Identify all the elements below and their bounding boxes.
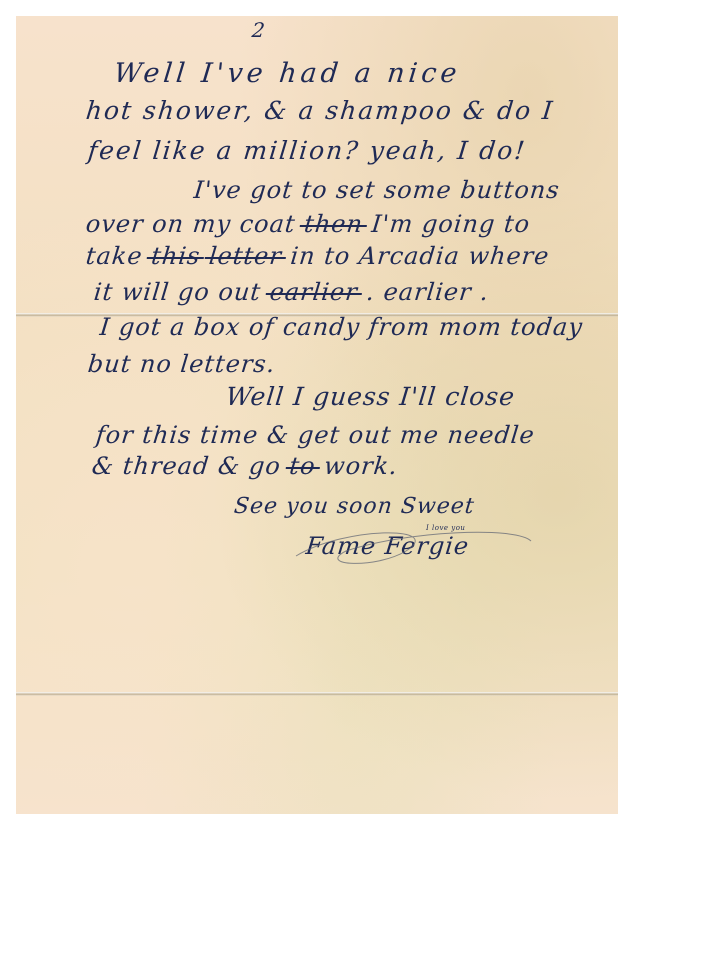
letter-line: I've got to set some buttons bbox=[193, 176, 562, 204]
letter-text: I'm going to bbox=[362, 210, 532, 238]
letter-line: I got a box of candy from mom today bbox=[99, 313, 585, 341]
letter-text: & thread & go bbox=[91, 452, 291, 480]
paper-fold-crease bbox=[16, 692, 618, 696]
struck-word: this bbox=[150, 242, 202, 270]
struck-word: then bbox=[303, 210, 365, 238]
letter-line: & thread & go to work. bbox=[91, 452, 400, 480]
letter-line: over on my coat then I'm going to bbox=[85, 210, 532, 238]
letter-line: take this letter in to Arcadia where bbox=[85, 242, 551, 270]
letter-page: 2 Well I've had a nice hot shower, & a s… bbox=[16, 16, 618, 814]
page-number: 2 bbox=[251, 18, 267, 42]
letter-text: take bbox=[85, 242, 153, 270]
letter-line: but no letters. bbox=[87, 350, 277, 378]
letter-line: Well I've had a nice bbox=[112, 58, 462, 89]
letter-text: over on my coat bbox=[85, 210, 306, 238]
struck-word: earlier bbox=[268, 278, 359, 306]
letter-line: for this time & get out me needle bbox=[95, 421, 537, 449]
struck-word: to bbox=[288, 452, 317, 480]
letter-line: it will go out earlier . earlier . bbox=[93, 278, 491, 306]
letter-text: . earlier . bbox=[356, 278, 490, 306]
letter-line: Well I guess I'll close bbox=[224, 382, 516, 411]
struck-word: letter bbox=[208, 242, 284, 270]
letter-line: hot shower, & a shampoo & do I bbox=[84, 96, 555, 125]
letter-text: work. bbox=[314, 452, 399, 480]
letter-text: it will go out bbox=[93, 278, 272, 306]
signature-flourish-icon bbox=[286, 521, 546, 571]
letter-text: in to Arcadia where bbox=[280, 242, 550, 270]
letter-line: feel like a million? yeah, I do! bbox=[86, 136, 528, 165]
letter-closing: See you soon Sweet bbox=[233, 494, 476, 519]
